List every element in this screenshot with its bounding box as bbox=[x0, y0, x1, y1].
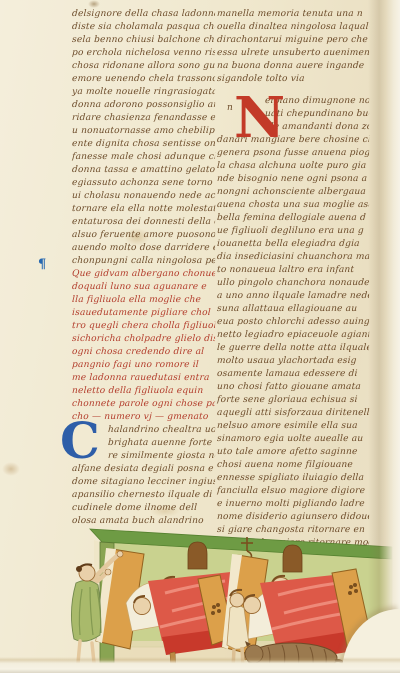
text-line: osamente lamaua edessere di bbox=[217, 368, 370, 381]
text-line: ouella dinaltea ningolosa laquale bbox=[217, 21, 370, 34]
parchment-stain bbox=[2, 462, 20, 476]
text-line: sela benno chiusi balchone chonessi bbox=[72, 34, 216, 47]
text-line: tornare ela ella notte molestata bbox=[72, 203, 216, 216]
text-line: pangnio fagi uno romore il bbox=[72, 359, 216, 372]
window-left bbox=[188, 542, 207, 569]
guide-letter: n bbox=[227, 103, 233, 113]
text-line: delsignore della chasa ladonna bbox=[72, 8, 216, 21]
text-line: apansilio chernesto ilquale di bbox=[72, 489, 216, 502]
text-line: sinamoro egia uolte auealle au bbox=[217, 433, 370, 446]
window-right bbox=[283, 545, 302, 572]
text-line: neletto della figliuola equin bbox=[72, 385, 216, 398]
text-line: ya molte nouelle ringrasiogata la bbox=[72, 86, 216, 99]
text-line: aquegli atti sisforzaua diritenello bbox=[217, 407, 370, 420]
text-line: emore uenendo chela trassono che bbox=[72, 73, 216, 86]
text-line: molto usaua ylachortada esig bbox=[217, 355, 370, 368]
text-line: nde bisognio nene ogni psona a bbox=[217, 173, 370, 186]
text-line: fanesse male chosi adunque chala bbox=[72, 151, 216, 164]
miniature-bedroom-scene bbox=[0, 523, 400, 673]
text-line: eua posto chlorchi adesso auingoda bbox=[217, 316, 370, 329]
text-line: donna tassa e amattino gelato bbox=[72, 164, 216, 177]
text-line: entaturosa dei donnesti della chom bbox=[72, 216, 216, 229]
text-line: le guerre della notte atta ilquale bbox=[217, 342, 370, 355]
text-line: ennesse spigliato iluiagio della bbox=[217, 472, 370, 485]
text-line: chosa ridonane allora sono guasta bbox=[72, 60, 216, 73]
text-line: u nonuatornasse amo chebilippi ni bbox=[72, 125, 216, 138]
text-line: ridare chasienza fenandasse egi bbox=[72, 112, 216, 125]
text-line: dirachontarui miguine pero che in bbox=[217, 34, 370, 47]
text-line: donna adorono possonsiglio argila bbox=[72, 99, 216, 112]
text-line: alsuo feruente amore puosono bbox=[72, 229, 216, 242]
text-line: uno chosi fatto giouane amata bbox=[217, 381, 370, 394]
text-line: manella memoria tenuta una n bbox=[217, 8, 370, 21]
text-line: iouanetta bella elegiadra dgia bbox=[217, 238, 370, 251]
text-line: dia insediciasini chuanchora mari bbox=[217, 251, 370, 264]
initial-letter-c: C bbox=[60, 416, 100, 466]
text-line: auena chosta una sua moglie asa bbox=[217, 199, 370, 212]
text-line: isauedutamente pigliare chol bbox=[72, 307, 216, 320]
text-line: dome sitagiano lecciner ingiusse bbox=[72, 476, 216, 489]
initial-letter-n: N bbox=[234, 90, 285, 146]
text-line: ogni chosa credendo dire al bbox=[72, 346, 216, 359]
text-line: me ladonna rauedutasi entra bbox=[72, 372, 216, 385]
text-line: nelsuo amore esimile ella sua bbox=[217, 420, 370, 433]
text-line: nongni achonsciente albergaua ora bbox=[217, 186, 370, 199]
text-line: egiassuto achonza sene torno acha bbox=[72, 177, 216, 190]
text-line: sichoricha cholpadre glielo disse bbox=[72, 333, 216, 346]
text-line: chonnete parole ogni chose paci bbox=[72, 398, 216, 411]
text-line: na buona donna auere ingande bbox=[217, 60, 370, 73]
text-line: uto tale amore afetto saginne bbox=[217, 446, 370, 459]
text-line: a uno anno ilquale lamadre nede bbox=[217, 290, 370, 303]
text-line: doquali luno sua aguanare e bbox=[72, 281, 216, 294]
paraph-mark-icon: ¶ bbox=[38, 257, 46, 272]
text-line: ente dignita chosa sentisse onoghi bbox=[72, 138, 216, 151]
text-line: po erchola nichelosa venno rispota bbox=[72, 47, 216, 60]
page-edge-right bbox=[368, 0, 400, 673]
text-line: suna allattaua ellagiouane au bbox=[217, 303, 370, 316]
page-edge-bottom bbox=[0, 657, 400, 673]
text-line: cudinele dome ilnome dell bbox=[72, 502, 216, 515]
text-line: Que gidvam albergano chonuen bbox=[72, 268, 216, 281]
text-line: auendo molto dose darridere e bbox=[72, 242, 216, 255]
text-line: e inuerno molti pigliando ladre bbox=[217, 498, 370, 511]
text-line: ue figliuoli degliluno era una g bbox=[217, 225, 370, 238]
text-line: netto legiadro epiaceuole agiant bbox=[217, 329, 370, 342]
text-line: chonpungni calla ningolosa per bbox=[72, 255, 216, 268]
text-line: fanciulla elsuo magiore digiore bbox=[217, 485, 370, 498]
text-line: to nonaueua laltro era infant bbox=[217, 264, 370, 277]
text-line: diste sia cholamala pasqua chedio bbox=[72, 21, 216, 34]
parchment-stain bbox=[88, 0, 100, 8]
text-line: tro quegli chera cholla figliuola bbox=[72, 320, 216, 333]
text-line: essa ulrete unsuberto auenimento bbox=[217, 47, 370, 60]
manuscript-page: delsignore della chasa ladonnadiste sia … bbox=[0, 0, 400, 673]
text-line: bella femina dellogiale auena d bbox=[217, 212, 370, 225]
text-line: ullo pingolo chanchora nonaude bbox=[217, 277, 370, 290]
text-line: ui cholasu nonauendo nede acha bbox=[72, 190, 216, 203]
text-line: chosi auena nome filgiouane bbox=[217, 459, 370, 472]
text-line: forte sene gloriaua echisua si bbox=[217, 394, 370, 407]
text-line: lla figliuola ella moglie che bbox=[72, 294, 216, 307]
text-line: la chasa alchuna uolte puro gia bbox=[217, 160, 370, 173]
